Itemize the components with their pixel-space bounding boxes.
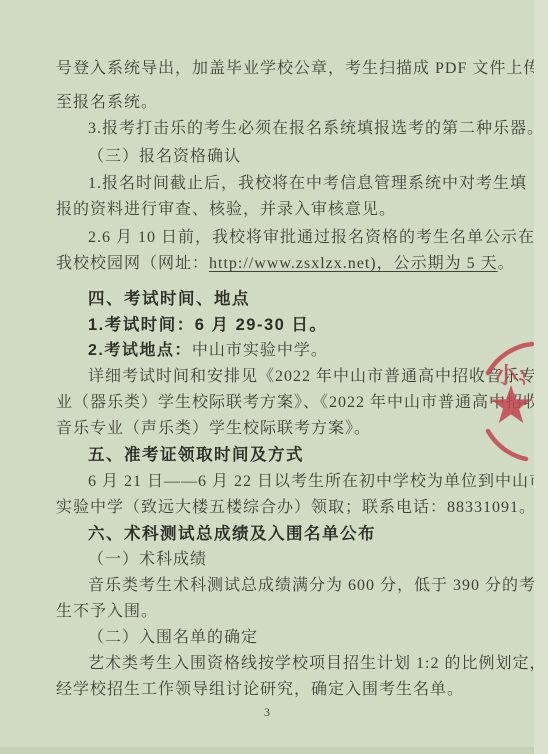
body-line: 3.报考打击乐的考生必须在报名系统填报选考的第二种乐器。 bbox=[56, 116, 516, 142]
seal-character-fragment bbox=[520, 371, 524, 384]
url-line-prefix: 我校校园网（网址： bbox=[56, 255, 209, 272]
body-line: 经学校招生工作领导组讨论研究，确定入围考生名单。 bbox=[56, 677, 516, 703]
body-line-with-url: 我校校园网（网址：http://www.zsxlzx.net)，公示期为 5 天… bbox=[56, 251, 516, 277]
body-line: 生不予入围。 bbox=[56, 599, 516, 625]
subsection-heading-1: （一）术科成绩 bbox=[56, 547, 516, 573]
body-line: 6 月 21 日——6 月 22 日以考生所在初中学校为单位到中山市 bbox=[56, 469, 516, 495]
body-line: 详细考试时间和安排见《2022 年中山市普通高中招收音乐专 bbox=[56, 364, 516, 390]
subsection-heading-2: （二）入围名单的确定 bbox=[56, 625, 516, 651]
body-line: 音乐专业（声乐类）学生校际联考方案》。 bbox=[56, 416, 516, 442]
scan-right-edge bbox=[534, 0, 548, 754]
website-url: http://www.zsxlzx.net)，公示期为 5 天 bbox=[209, 255, 498, 272]
body-line: 实验中学（致远大楼五楼综合办）领取；联系电话：88331091。 bbox=[56, 495, 516, 521]
body-line: 2.6 月 10 日前，我校将审批通过报名资格的考生名单公示在 bbox=[56, 225, 516, 251]
exam-location-line: 2.考试地点：中山市实验中学。 bbox=[56, 338, 516, 364]
body-line: 至报名系统。 bbox=[56, 90, 516, 116]
exam-location-label: 2.考试地点： bbox=[88, 342, 192, 359]
scan-bottom-shadow bbox=[0, 747, 548, 754]
section-heading-5: 五、准考证领取时间及方式 bbox=[56, 442, 516, 468]
exam-time-line: 1.考试时间：6 月 29-30 日。 bbox=[56, 312, 516, 338]
document-text-column: 号登入系统导出，加盖毕业学校公章，考生扫描成 PDF 文件上传 至报名系统。 3… bbox=[56, 56, 516, 703]
seal-character: 小 bbox=[495, 363, 518, 388]
body-line: 号登入系统导出，加盖毕业学校公章，考生扫描成 PDF 文件上传 bbox=[56, 56, 516, 82]
page-number: 3 bbox=[0, 705, 534, 720]
seal-bottom-arc bbox=[488, 431, 526, 459]
body-line: 音乐类考生术科测试总成绩满分为 600 分，低于 390 分的考 bbox=[56, 573, 516, 599]
section-heading-4: 四、考试时间、地点 bbox=[56, 286, 516, 312]
body-line: 报的资料进行审查、核验，并录入审核意见。 bbox=[56, 197, 516, 223]
body-line: 艺术类考生入围资格线按学校项目招生计划 1:2 的比例划定， bbox=[56, 651, 516, 677]
subsection-heading-3: （三）报名资格确认 bbox=[56, 144, 516, 170]
official-seal: 小 bbox=[468, 330, 534, 470]
seal-star-icon bbox=[491, 385, 531, 423]
scanned-document-page: 号登入系统导出，加盖毕业学校公章，考生扫描成 PDF 文件上传 至报名系统。 3… bbox=[0, 0, 548, 754]
url-line-suffix: 。 bbox=[498, 255, 515, 272]
exam-location-value: 中山市实验中学。 bbox=[192, 342, 328, 359]
body-line: 1.报名时间截止后，我校将在中考信息管理系统中对考生填 bbox=[56, 171, 516, 197]
body-line: 业（器乐类）学生校际联考方案》、《2022 年中山市普通高中招收 bbox=[56, 390, 516, 416]
section-heading-6: 六、术科测试总成绩及入围名单公布 bbox=[56, 521, 516, 547]
